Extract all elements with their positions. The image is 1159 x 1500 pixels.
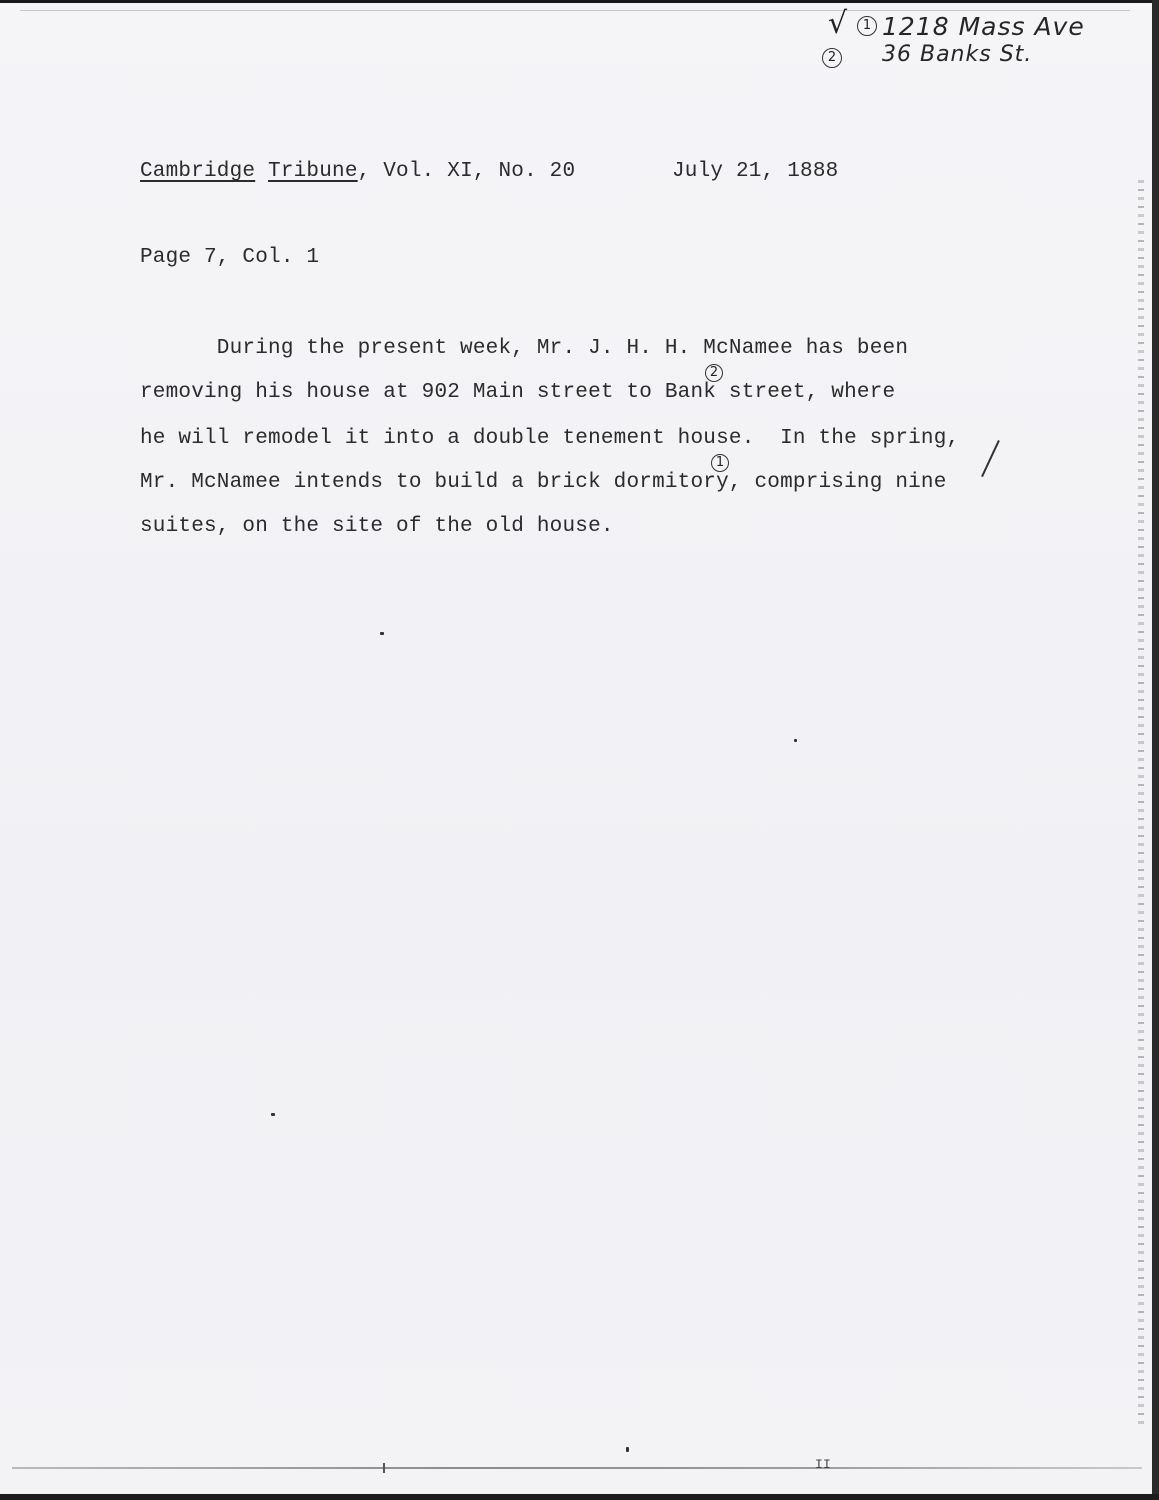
handwritten-slash-mark (981, 440, 1000, 477)
scan-speck (626, 1447, 629, 1452)
body-line-3: he will remodel it into a double tenemen… (140, 427, 959, 450)
volume-number: , Vol. XI, No. 20 (358, 160, 576, 183)
scan-bottom-edge (0, 1494, 1159, 1500)
publication-name-2: Tribune (268, 160, 358, 183)
rule-tick-left (383, 1463, 385, 1473)
publication-name-1: Cambridge (140, 160, 255, 183)
circled-number-1: 1 (857, 16, 877, 36)
scan-top-rule (20, 10, 1130, 11)
circled-number-2: 2 (822, 48, 842, 68)
scan-speck (794, 739, 797, 742)
scan-top-edge (0, 0, 1159, 3)
footer-mark: II (815, 1457, 831, 1472)
scan-binding-speckle (1138, 180, 1144, 1430)
scan-speck (271, 1113, 275, 1116)
document-page: √ 1 1218 Mass Ave 2 36 Banks St. Cambrid… (0, 0, 1159, 1500)
handwritten-address-2: 36 Banks St. (882, 42, 1032, 67)
scan-speck (380, 632, 384, 635)
body-line-4: Mr. McNamee intends to build a brick dor… (140, 471, 947, 494)
body-line-2: removing his house at 902 Main street to… (140, 381, 895, 404)
publication-date: July 21, 1888 (672, 160, 838, 183)
page-column-reference: Page 7, Col. 1 (140, 246, 319, 269)
body-line-1: During the present week, Mr. J. H. H. Mc… (140, 337, 908, 360)
scan-bottom-rule (12, 1467, 1142, 1469)
checkmark-icon: √ (828, 6, 847, 41)
scan-right-edge (1152, 0, 1159, 1500)
body-line-5: suites, on the site of the old house. (140, 515, 614, 538)
inline-circled-2: 2 (705, 364, 723, 382)
handwritten-address-1: 1218 Mass Ave (882, 12, 1085, 41)
citation-line: Cambridge Tribune, Vol. XI, No. 20 (140, 160, 575, 183)
inline-circled-1: 1 (711, 454, 729, 472)
